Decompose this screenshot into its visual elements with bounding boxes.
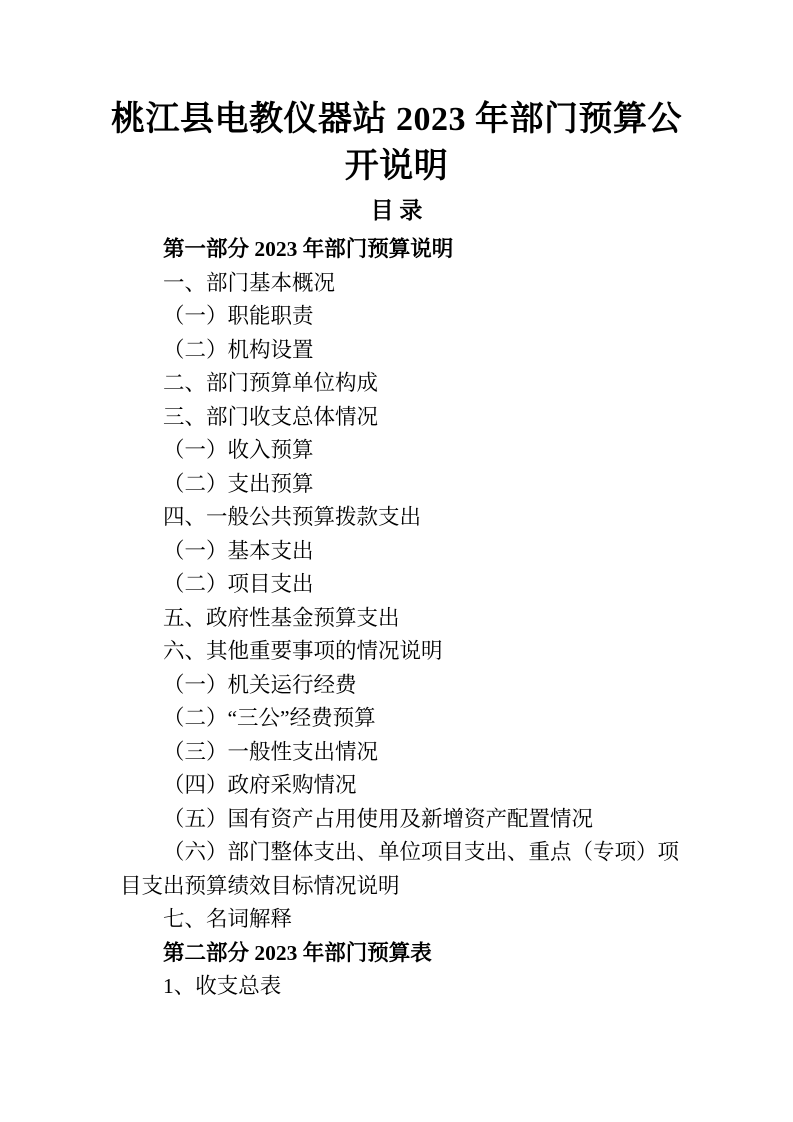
toc-item: （五）国有资产占用使用及新增资产配置情况 (120, 803, 690, 837)
toc-list: 第一部分 2023 年部门预算说明一、部门基本概况（一）职能职责（二）机构设置二… (120, 233, 690, 1004)
toc-item: （一）职能职责 (120, 300, 690, 334)
toc-item: （四）政府采购情况 (120, 769, 690, 803)
toc-item: （二）“三公”经费预算 (120, 702, 690, 736)
toc-item: （一）收入预算 (120, 434, 690, 468)
document-title-line-2: 开说明 (0, 143, 793, 190)
toc-item: 四、一般公共预算拨款支出 (120, 501, 690, 535)
document-page: 桃江县电教仪器站 2023 年部门预算公 开说明 目 录 第一部分 2023 年… (0, 0, 793, 1122)
toc-item: （三）一般性支出情况 (120, 736, 690, 770)
toc-item: （一）基本支出 (120, 535, 690, 569)
toc-item: 七、名词解释 (120, 903, 690, 937)
toc-item: 三、部门收支总体情况 (120, 401, 690, 435)
toc-item: 二、部门预算单位构成 (120, 367, 690, 401)
toc-item: （二）机构设置 (120, 334, 690, 368)
toc-item: （一）机关运行经费 (120, 669, 690, 703)
toc-item: 第二部分 2023 年部门预算表 (120, 937, 690, 971)
toc-item: 六、其他重要事项的情况说明 (120, 635, 690, 669)
toc-item: 1、收支总表 (120, 970, 690, 1004)
toc-item: 一、部门基本概况 (120, 267, 690, 301)
toc-item: 第一部分 2023 年部门预算说明 (120, 233, 690, 267)
document-title-line-1: 桃江县电教仪器站 2023 年部门预算公 (0, 96, 793, 143)
toc-item: （六）部门整体支出、单位项目支出、重点（专项）项目支出预算绩效目标情况说明 (120, 836, 690, 903)
toc-heading: 目 录 (0, 196, 793, 226)
document-title: 桃江县电教仪器站 2023 年部门预算公 开说明 (0, 96, 793, 190)
toc-item: （二）支出预算 (120, 468, 690, 502)
toc-item: （二）项目支出 (120, 568, 690, 602)
toc-item: 五、政府性基金预算支出 (120, 602, 690, 636)
